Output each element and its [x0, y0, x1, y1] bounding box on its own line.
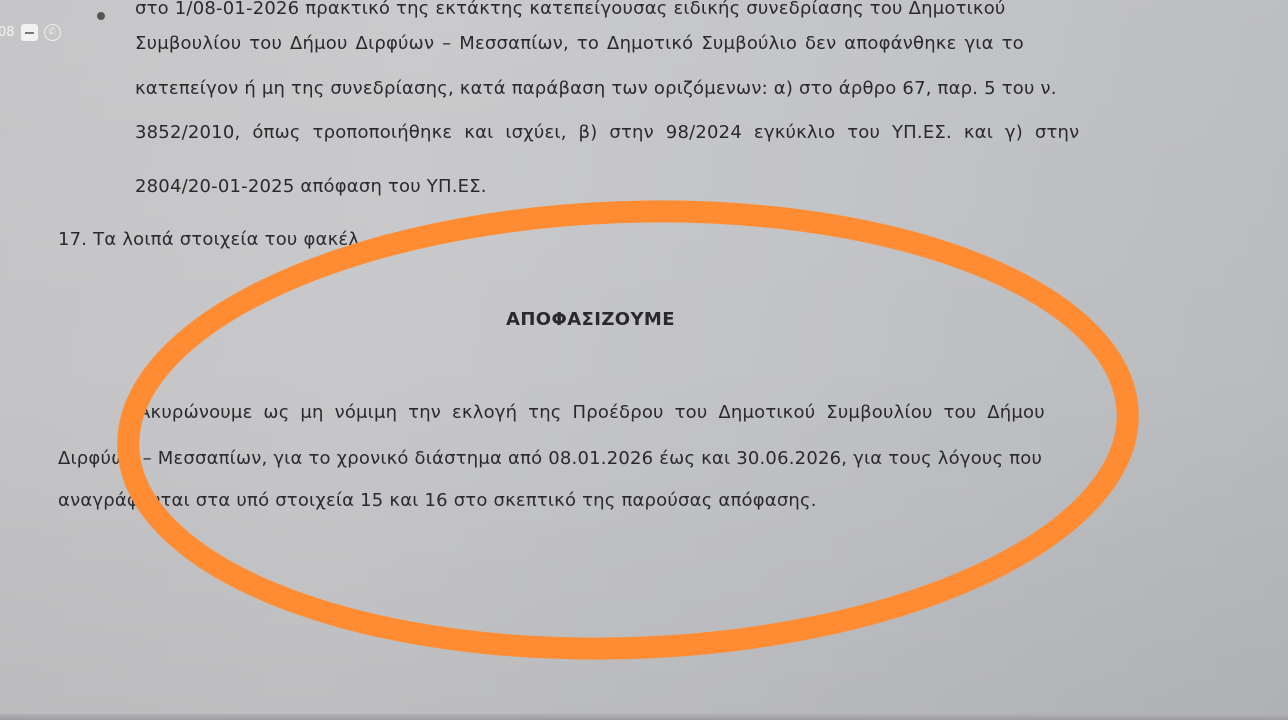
- time-fragment: 08: [0, 25, 15, 40]
- highlight-ellipse: [0, 0, 1288, 720]
- bullet-icon: [97, 12, 105, 20]
- decision-line-1: Ακυρώνουμε ως μη νόμιμη την εκλογή της Π…: [138, 402, 1045, 423]
- photo-background: [0, 0, 1288, 720]
- decision-heading: ΑΠΟΦΑΣΙΖΟΥΜΕ: [506, 309, 675, 330]
- bullet-line-4: 3852/2010, όπως τροποποιήθηκε και ισχύει…: [135, 122, 1115, 143]
- bullet-line-1: στο 1/08-01-2026 πρακτικό της εκτάκτης κ…: [135, 0, 1115, 19]
- message-icon: [21, 24, 38, 41]
- status-overlay: 08 ✆: [0, 22, 61, 42]
- item-17: 17. Τα λοιπά στοιχεία του φακέλ: [58, 229, 359, 250]
- bullet-line-5: 2804/20-01-2025 απόφαση του ΥΠ.ΕΣ.: [135, 176, 487, 197]
- phone-icon: ✆: [44, 24, 61, 41]
- page-edge: [0, 714, 1288, 720]
- decision-line-2: Διρφύων – Μεσσαπίων, για το χρονικό διάσ…: [58, 448, 1042, 469]
- decision-line-3: αναγράφονται στα υπό στοιχεία 15 και 16 …: [58, 490, 817, 511]
- bullet-line-2: Συμβουλίου του Δήμου Διρφύων – Μεσσαπίων…: [135, 33, 1115, 54]
- bullet-line-3: κατεπείγον ή μη της συνεδρίασης, κατά πα…: [135, 78, 1115, 99]
